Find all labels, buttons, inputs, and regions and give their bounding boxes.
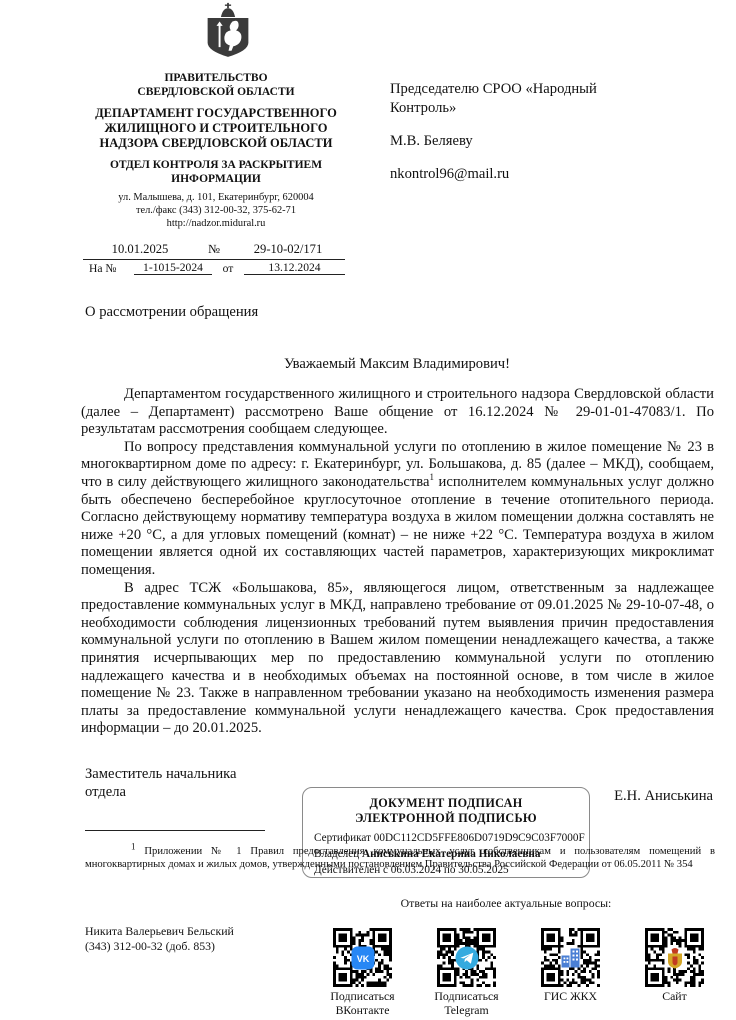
org-address: ул. Малышева, д. 101, Екатеринбург, 6200… (85, 192, 347, 205)
paragraph-3-text: В адрес ТСЖ «Большакова, 85», являющегос… (81, 580, 714, 737)
signer-name: Е.Н. Аниськина (595, 788, 713, 805)
qr-section-heading: Ответы на наиболее актуальные вопросы: (330, 896, 682, 911)
footnote: 1 Приложении № 1 Правил предоставления к… (85, 845, 715, 871)
salutation: Уважаемый Максим Владимирович! (81, 356, 713, 373)
qr-label-line1: ГИС ЖКХ (523, 990, 619, 1004)
addressee-block: Председателю СРОО «Народный Контроль» М.… (390, 80, 642, 184)
qr-label-line2: ВКонтакте (315, 1004, 411, 1018)
qr-label-line1: Подписаться (315, 990, 411, 1004)
qr-code-site: Сайт (645, 928, 704, 987)
signer-position-line2: отдела (85, 784, 285, 802)
org-name-line1: ПРАВИТЕЛЬСТВО (85, 71, 347, 85)
from-label: от (212, 262, 244, 275)
paragraph-1-text: Департаментом государственного жилищного… (81, 386, 714, 437)
certificate-label: Сертификат (314, 832, 374, 844)
stamp-title: ДОКУМЕНТ ПОДПИСАН ЭЛЕКТРОННОЙ ПОДПИСЬЮ (303, 796, 589, 825)
outgoing-date: 10.01.2025 (83, 242, 197, 257)
qr-label-line2: Telegram (419, 1004, 515, 1018)
executor-name: Никита Валерьевич Бельский (85, 924, 234, 939)
paragraph-1: Департаментом государственного жилищного… (81, 386, 714, 439)
qr-code-gis-zhkh: ГИС ЖКХ (541, 928, 600, 987)
letter-body: Департаментом государственного жилищного… (81, 386, 714, 738)
telegram-icon (455, 946, 478, 969)
stamp-certificate: Сертификат 00DC112CD5FFE806D0719D9C9C03F… (303, 832, 589, 844)
subject-line: О рассмотрении обращения (85, 304, 258, 321)
incoming-date: 13.12.2024 (244, 261, 345, 275)
gis-zhkh-icon (559, 946, 582, 969)
paragraph-3: В адрес ТСЖ «Большакова, 85», являющегос… (81, 580, 714, 738)
sverdlovsk-coat-of-arms-icon (197, 2, 259, 64)
org-name: ПРАВИТЕЛЬСТВО СВЕРДЛОВСКОЙ ОБЛАСТИ (85, 71, 347, 99)
qr-label-site: Сайт (627, 990, 723, 1004)
department-line1: ДЕПАРТАМЕНТ ГОСУДАРСТВЕННОГО (85, 106, 347, 121)
addressee-recipient: Председателю СРОО «Народный Контроль» (390, 80, 642, 118)
number-sign: № (197, 242, 231, 257)
qr-code-telegram: Подписаться Telegram (437, 928, 496, 987)
svg-text:VK: VK (356, 954, 369, 964)
qr-image-gis-zhkh (541, 928, 600, 987)
stamp-title-line2: ЭЛЕКТРОННОЙ ПОДПИСЬЮ (303, 811, 589, 826)
qr-code-vkontakte: VK Подписаться ВКонтакте (333, 928, 392, 987)
org-phone: тел./факс (343) 312-00-32, 375-62-71 (85, 205, 347, 218)
qr-label-line1: Сайт (627, 990, 723, 1004)
unit-line2: ИНФОРМАЦИИ (85, 172, 347, 186)
unit-name: ОТДЕЛ КОНТРОЛЯ ЗА РАСКРЫТИЕМ ИНФОРМАЦИИ (85, 158, 347, 186)
executor-contact: Никита Валерьевич Бельский (343) 312-00-… (85, 924, 234, 953)
addressee-email-link[interactable]: nkontrol96@mail.ru (390, 165, 642, 184)
qr-image-vkontakte: VK (333, 928, 392, 987)
reference-block: 10.01.2025 № 29-10-02/171 На № 1-1015-20… (83, 242, 345, 275)
org-website-link[interactable]: http://nadzor.midural.ru (85, 218, 347, 231)
vk-icon: VK (351, 946, 374, 969)
incoming-number: 1-1015-2024 (134, 261, 212, 275)
paragraph-2: По вопросу представления коммунальной ус… (81, 439, 714, 580)
signer-position-line1: Заместитель начальника (85, 766, 285, 784)
addressee-name: М.В. Беляеву (390, 132, 642, 151)
qr-label-telegram: Подписаться Telegram (419, 990, 515, 1018)
stamp-title-line1: ДОКУМЕНТ ПОДПИСАН (303, 796, 589, 811)
qr-label-vkontakte: Подписаться ВКонтакте (315, 990, 411, 1018)
footnote-divider (85, 830, 265, 831)
qr-label-gis-zhkh: ГИС ЖКХ (523, 990, 619, 1004)
outgoing-number: 29-10-02/171 (231, 242, 345, 257)
letterhead: ПРАВИТЕЛЬСТВО СВЕРДЛОВСКОЙ ОБЛАСТИ ДЕПАР… (85, 71, 347, 230)
regional-emblem-icon (663, 946, 686, 969)
letter-page: ПРАВИТЕЛЬСТВО СВЕРДЛОВСКОЙ ОБЛАСТИ ДЕПАР… (0, 0, 736, 1020)
executor-phone: (343) 312-00-32 (доб. 853) (85, 939, 234, 954)
reference-row-outgoing: 10.01.2025 № 29-10-02/171 (83, 242, 345, 260)
reply-to-label: На № (83, 262, 134, 275)
department-name: ДЕПАРТАМЕНТ ГОСУДАРСТВЕННОГО ЖИЛИЩНОГО И… (85, 106, 347, 151)
reference-row-incoming: На № 1-1015-2024 от 13.12.2024 (83, 261, 345, 275)
qr-image-site (645, 928, 704, 987)
department-line3: НАДЗОРА СВЕРДЛОВСКОЙ ОБЛАСТИ (85, 136, 347, 151)
unit-line1: ОТДЕЛ КОНТРОЛЯ ЗА РАСКРЫТИЕМ (85, 158, 347, 172)
department-line2: ЖИЛИЩНОГО И СТРОИТЕЛЬНОГО (85, 121, 347, 136)
org-contacts: ул. Малышева, д. 101, Екатеринбург, 6200… (85, 192, 347, 230)
qr-label-line1: Подписаться (419, 990, 515, 1004)
footnote-text: Приложении № 1 Правил предоставления ком… (85, 846, 715, 870)
org-name-line2: СВЕРДЛОВСКОЙ ОБЛАСТИ (85, 85, 347, 99)
signer-position: Заместитель начальника отдела (85, 766, 285, 802)
qr-image-telegram (437, 928, 496, 987)
certificate-value: 00DC112CD5FFE806D0719D9C9C03F7000F (374, 832, 585, 844)
